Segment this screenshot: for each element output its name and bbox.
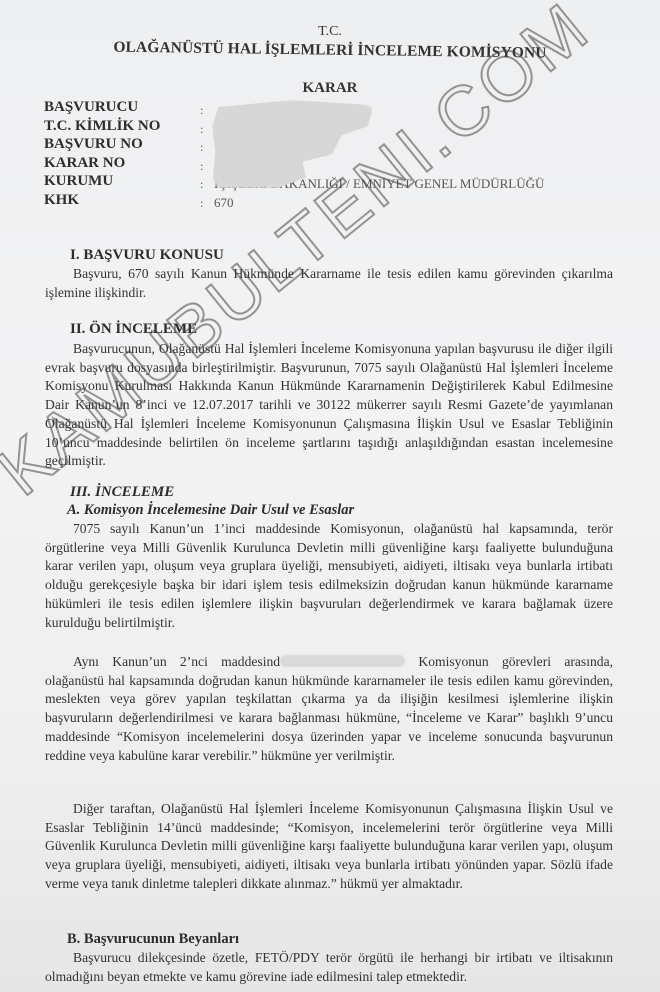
subsection-heading-procedures: A. Komisyon İncelemesine Dair Usul ve Es… [67, 502, 354, 519]
field-colon: : [200, 177, 203, 192]
field-label: KARAR NO [44, 155, 125, 172]
field-label: T.C. KİMLİK NO [44, 118, 160, 135]
organization-title: OLAĞANÜSTÜ HAL İŞLEMLERİ İNCELEME KOMİSY… [0, 37, 660, 64]
field-colon: : [200, 159, 203, 174]
field-colon: : [200, 196, 203, 211]
field-colon: : [200, 103, 203, 118]
section-text-application-subject: Başvuru, 670 sayılı Kanun Hükmünde Karar… [45, 265, 613, 302]
field-label: KURUMU [44, 173, 113, 190]
section-heading-preliminary-review: II. ÖN İNCELEME [70, 321, 197, 338]
procedures-paragraph-3: Diğer taraftan, Olağanüstü Hal İşlemleri… [45, 800, 613, 894]
field-label: BAŞVURU NO [44, 136, 143, 153]
field-colon: : [200, 122, 203, 137]
field-label: KHK [44, 192, 79, 209]
field-value-khk: 670 [214, 195, 234, 211]
procedures-paragraph-2: Aynı Kanun’un 2’nci maddesind Komisyonun… [45, 653, 613, 765]
redaction-blur [212, 100, 374, 188]
subsection-heading-applicant-statements: B. Başvurucunun Beyanları [67, 931, 239, 948]
document-page: T.C. OLAĞANÜSTÜ HAL İŞLEMLERİ İNCELEME K… [0, 0, 660, 992]
paragraph-text-start: Aynı Kanun’un 2’nci maddesind [73, 654, 280, 669]
document-type-title: KARAR [0, 80, 660, 97]
paragraph-text-end: Komisyonun görevleri arasında, olağanüst… [45, 654, 613, 763]
section-heading-application-subject: I. BAŞVURU KONUSU [70, 247, 224, 264]
section-text-preliminary-review: Başvurucunun, Olağanüstü Hal İşlemleri İ… [45, 340, 613, 471]
procedures-paragraph-1: 7075 sayılı Kanun’un 1’inci maddesinde K… [45, 520, 613, 632]
field-colon: : [200, 140, 203, 155]
field-label: BAŞVURUCU [44, 99, 138, 116]
applicant-statements-paragraph: Başvurucu dilekçesinde özetle, FETÖ/PDY … [45, 949, 613, 986]
section-heading-review: III. İNCELEME [70, 484, 174, 501]
inline-redaction-blur [280, 655, 405, 667]
